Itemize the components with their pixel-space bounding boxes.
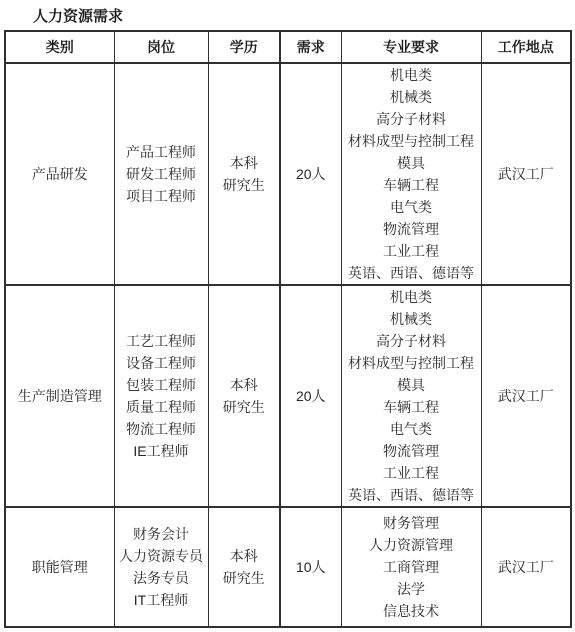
cell-category: 职能管理 [5,507,114,627]
cell-line: 材料成型与控制工程 [342,130,481,152]
cell-line: 机械类 [342,86,481,108]
cell-line: 信息技术 [342,600,481,622]
cell-line: 电气类 [342,418,481,440]
cell-positions: 产品工程师研发工程师项目工程师 [114,63,208,285]
column-header-position: 岗位 [114,31,208,63]
cell-majors: 机电类机械类高分子材料材料成型与控制工程模具车辆工程电气类物流管理工业工程英语、… [341,285,481,507]
cell-education: 本科研究生 [208,285,280,507]
table-header-row: 类别 岗位 学历 需求 专业要求 工作地点 [5,31,571,63]
cell-line: 工业工程 [342,462,481,484]
cell-line: 英语、西语、德语等 [342,262,481,284]
cell-education: 本科研究生 [208,63,280,285]
cell-education: 本科研究生 [208,507,280,627]
cell-line: 人力资源管理 [342,534,481,556]
page-title: 人力资源需求 [33,0,575,25]
column-header-majors: 专业要求 [341,31,481,63]
cell-line: 研究生 [209,174,280,196]
cell-line: 研究生 [209,567,280,589]
cell-line: 本科 [209,152,280,174]
hr-demand-table: 类别 岗位 学历 需求 专业要求 工作地点 产品研发 产品工程师研发工程师项目工… [4,30,572,628]
column-header-location: 工作地点 [481,31,571,63]
table-row: 生产制造管理 工艺工程师设备工程师包装工程师质量工程师物流工程师IE工程师 本科… [5,285,571,507]
cell-line: 机电类 [342,64,481,86]
cell-line: 财务会计 [115,523,208,545]
cell-demand: 10人 [280,507,341,627]
cell-line: 法务专员 [115,567,208,589]
column-header-education: 学历 [208,31,280,63]
cell-line: 物流管理 [342,440,481,462]
cell-line: 车辆工程 [342,396,481,418]
cell-line: 本科 [209,374,280,396]
table-row: 产品研发 产品工程师研发工程师项目工程师 本科研究生 20人 机电类机械类高分子… [5,63,571,285]
cell-line: 车辆工程 [342,174,481,196]
cell-line: 英语、西语、德语等 [342,484,481,506]
cell-line: 设备工程师 [115,352,208,374]
cell-line: IT工程师 [115,589,208,611]
cell-line: 机械类 [342,308,481,330]
cell-line: 本科 [209,545,280,567]
cell-line: 电气类 [342,196,481,218]
column-header-demand: 需求 [280,31,341,63]
cell-line: IE工程师 [115,440,208,462]
cell-line: 工艺工程师 [115,330,208,352]
cell-line: 高分子材料 [342,330,481,352]
cell-majors: 财务管理人力资源管理工商管理法学信息技术 [341,507,481,627]
cell-location: 武汉工厂 [481,285,571,507]
cell-line: 研发工程师 [115,163,208,185]
column-header-category: 类别 [5,31,114,63]
cell-line: 材料成型与控制工程 [342,352,481,374]
cell-location: 武汉工厂 [481,63,571,285]
cell-line: 模具 [342,152,481,174]
cell-line: 质量工程师 [115,396,208,418]
table-row: 职能管理 财务会计人力资源专员法务专员IT工程师 本科研究生 10人 财务管理人… [5,507,571,627]
cell-positions: 工艺工程师设备工程师包装工程师质量工程师物流工程师IE工程师 [114,285,208,507]
cell-line: 包装工程师 [115,374,208,396]
cell-line: 财务管理 [342,512,481,534]
cell-location: 武汉工厂 [481,507,571,627]
cell-line: 物流管理 [342,218,481,240]
cell-demand: 20人 [280,63,341,285]
cell-line: 物流工程师 [115,418,208,440]
cell-line: 研究生 [209,396,280,418]
cell-line: 工业工程 [342,240,481,262]
cell-positions: 财务会计人力资源专员法务专员IT工程师 [114,507,208,627]
cell-category: 产品研发 [5,63,114,285]
cell-line: 人力资源专员 [115,545,208,567]
cell-majors: 机电类机械类高分子材料材料成型与控制工程模具车辆工程电气类物流管理工业工程英语、… [341,63,481,285]
cell-line: 项目工程师 [115,185,208,207]
cell-line: 法学 [342,578,481,600]
cell-line: 产品工程师 [115,141,208,163]
cell-line: 高分子材料 [342,108,481,130]
cell-line: 模具 [342,374,481,396]
cell-line: 机电类 [342,286,481,308]
cell-demand: 20人 [280,285,341,507]
cell-category: 生产制造管理 [5,285,114,507]
page: 人力资源需求 类别 岗位 学历 需求 专业要求 工作地点 产品研发 产品工程师研… [0,0,575,632]
cell-line: 工商管理 [342,556,481,578]
